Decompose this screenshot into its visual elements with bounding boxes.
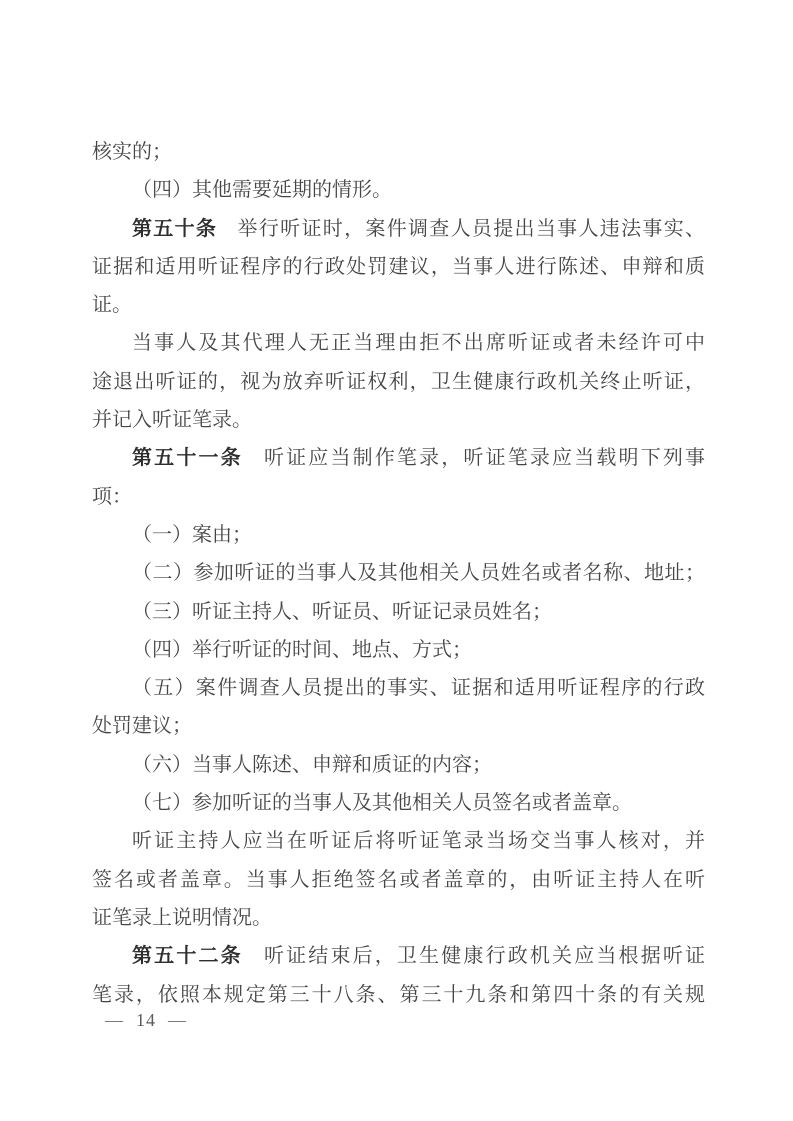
text-line-content: 处罚建议； [92,715,192,737]
text-line-content: 当事人及其代理人无正当理由拒不出席听证或者未经许可中 [132,332,705,354]
article-number: 第五十条 [132,218,217,240]
text-line: 签名或者盖章。当事人拒绝签名或者盖章的，由听证主持人在听 [92,861,705,899]
text-line-content: 听证应当制作笔录，听证笔录应当载明下列事 [262,447,705,469]
text-line-content: （七）参加听证的当事人及其他相关人员签名或者盖章。 [132,792,632,814]
text-line: 并记入听证笔录。 [92,401,705,439]
text-line-content: 并记入听证笔录。 [92,409,252,431]
text-line: 核实的； [92,133,705,171]
text-line: 第五十一条听证应当制作笔录，听证笔录应当载明下列事 [92,439,705,477]
footer-right-dash: — [166,1010,189,1030]
text-line: 第五十条举行听证时，案件调查人员提出当事人违法事实、 [92,210,705,248]
article-number: 第五十一条 [132,447,243,469]
text-line-content: （四）举行听证的时间、地点、方式； [132,639,472,661]
text-line: 途退出听证的，视为放弃听证权利，卫生健康行政机关终止听证， [92,363,705,401]
text-line-content: 举行听证时，案件调查人员提出当事人违法事实、 [236,218,705,240]
text-line: （六）当事人陈述、申辩和质证的内容； [92,746,705,784]
page-number: 14 [126,1010,166,1030]
text-line-content: 项： [92,486,132,508]
text-line-content: 听证结束后，卫生健康行政机关应当根据听证 [262,945,705,967]
text-line-content: 听证主持人应当在听证后将听证笔录当场交当事人核对，并 [132,830,705,852]
text-line: 当事人及其代理人无正当理由拒不出席听证或者未经许可中 [92,324,705,362]
text-line-content: 笔录，依照本规定第三十八条、第三十九条和第四十条的有关规 [92,984,705,1006]
text-line-content: （二）参加听证的当事人及其他相关人员姓名或者名称、地址； [132,562,705,584]
text-line-content: 签名或者盖章。当事人拒绝签名或者盖章的，由听证主持人在听 [92,869,705,891]
article-number: 第五十二条 [132,945,243,967]
text-line-content: （一）案由； [132,524,252,546]
text-line: 处罚建议； [92,707,705,745]
text-line-content: 证笔录上说明情况。 [92,907,272,929]
text-line-content: （三）听证主持人、听证员、听证记录员姓名； [132,601,552,623]
text-line: （四）举行听证的时间、地点、方式； [92,631,705,669]
text-line-content: （四）其他需要延期的情形。 [132,179,392,201]
text-line-content: 途退出听证的，视为放弃听证权利，卫生健康行政机关终止听证， [92,371,705,393]
text-line: （四）其他需要延期的情形。 [92,171,705,209]
text-line: （二）参加听证的当事人及其他相关人员姓名或者名称、地址； [92,554,705,592]
text-line: 项： [92,478,705,516]
text-line-content: （六）当事人陈述、申辩和质证的内容； [132,754,492,776]
text-line: （七）参加听证的当事人及其他相关人员签名或者盖章。 [92,784,705,822]
text-line: （一）案由； [92,516,705,554]
text-line-content: 证据和适用听证程序的行政处罚建议，当事人进行陈述、申辩和质 [92,256,705,278]
text-line: 第五十二条听证结束后，卫生健康行政机关应当根据听证 [92,937,705,975]
text-line-content: 核实的； [92,141,172,163]
text-line-content: 证。 [92,294,132,316]
page-footer: —14— [103,1008,189,1032]
text-line: 证笔录上说明情况。 [92,899,705,937]
text-line: 听证主持人应当在听证后将听证笔录当场交当事人核对，并 [92,822,705,860]
document-text-block: 核实的；（四）其他需要延期的情形。第五十条举行听证时，案件调查人员提出当事人违法… [92,133,705,1014]
text-line: （三）听证主持人、听证员、听证记录员姓名； [92,593,705,631]
text-line-content: （五）案件调查人员提出的事实、证据和适用听证程序的行政 [132,677,705,699]
footer-left-dash: — [103,1010,126,1030]
text-line: （五）案件调查人员提出的事实、证据和适用听证程序的行政 [92,669,705,707]
document-page: 核实的；（四）其他需要延期的情形。第五十条举行听证时，案件调查人员提出当事人违法… [0,0,793,1121]
text-line: 证据和适用听证程序的行政处罚建议，当事人进行陈述、申辩和质 [92,248,705,286]
text-line: 证。 [92,286,705,324]
